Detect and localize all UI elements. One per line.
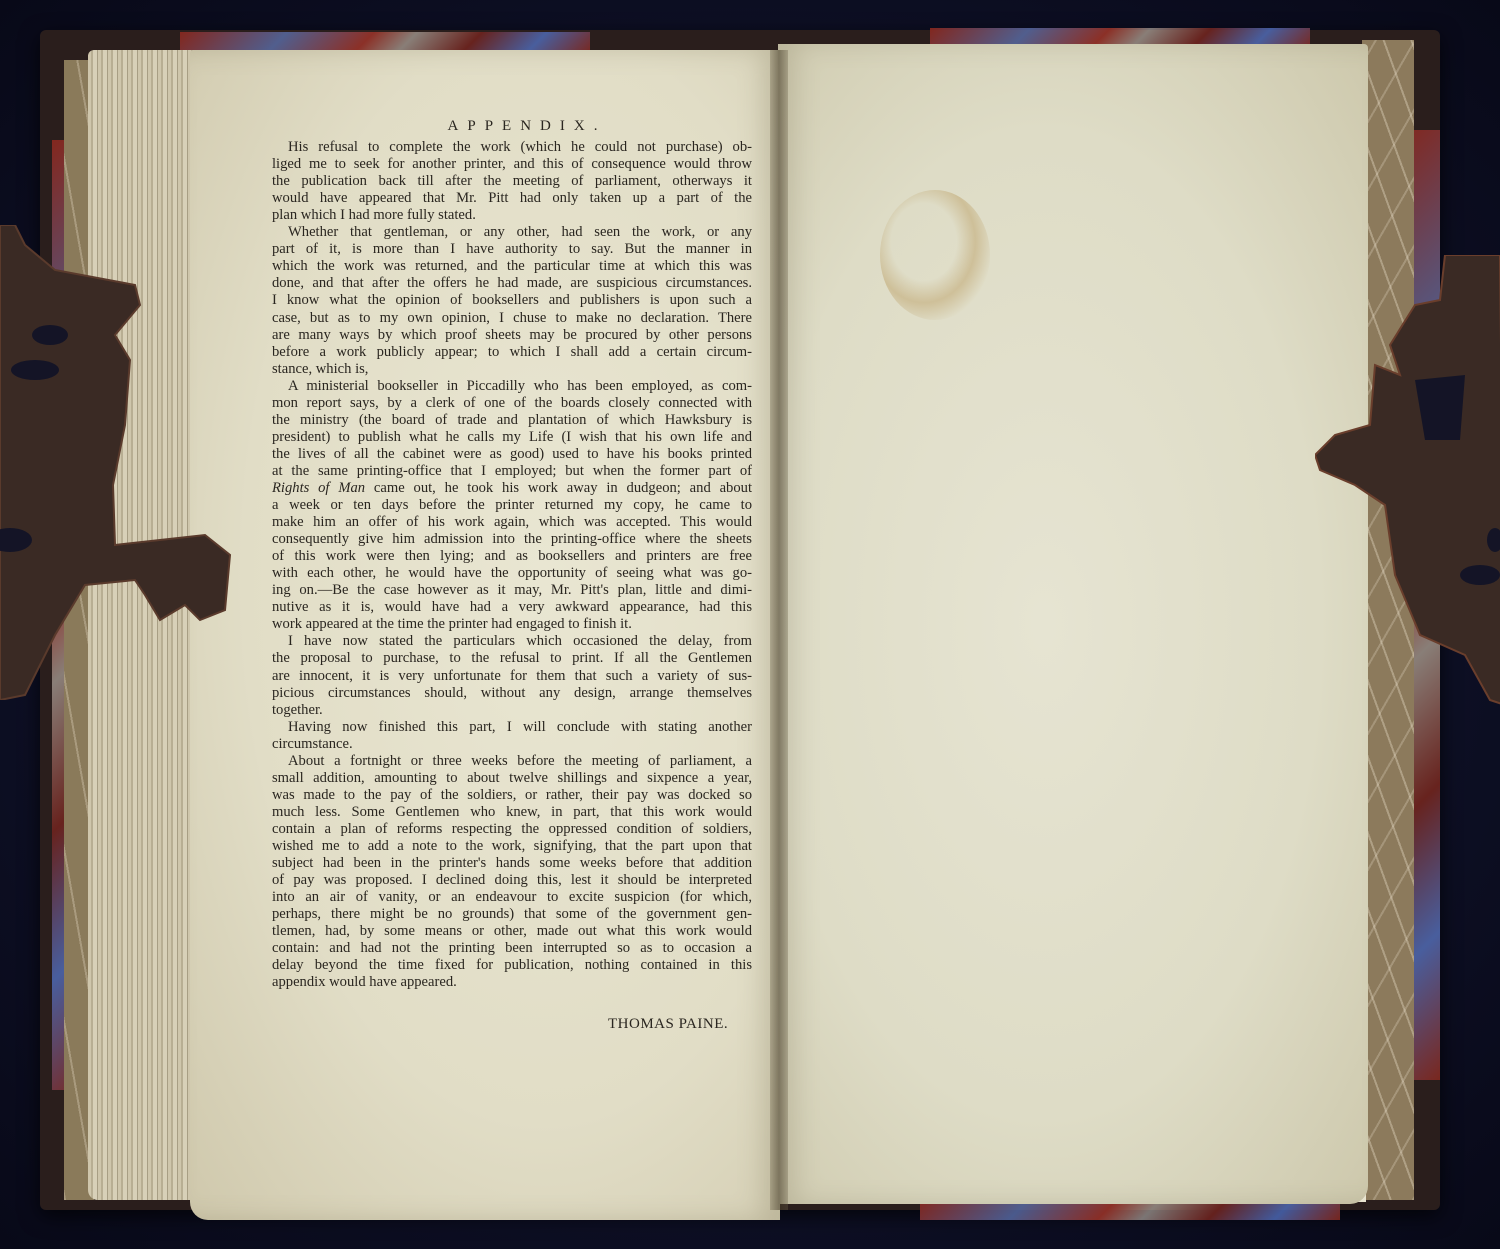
water-stain [880, 190, 990, 320]
text-line: Rights of Man came out, he took his work… [272, 480, 752, 497]
text-line: a week or ten days before the printer re… [272, 497, 752, 514]
text-line: plan which I had more fully stated. [272, 207, 752, 224]
text-line: circumstance. [272, 736, 752, 753]
metal-clip-left-icon [0, 225, 240, 700]
text-line: was made to the pay of the soldiers, or … [272, 787, 752, 804]
text-line: before a work publicly appear; to which … [272, 344, 752, 361]
text-line: wished me to add a note to the work, sig… [272, 838, 752, 855]
text-line: president) to publish what he calls my L… [272, 429, 752, 446]
text-line: which the work was returned, and the par… [272, 258, 752, 275]
right-page-blank [778, 44, 1368, 1204]
text-line: liged me to seek for another printer, an… [272, 156, 752, 173]
text-line: ing on.—Be the case however as it may, M… [272, 582, 752, 599]
text-lines: His refusal to complete the work (which … [272, 139, 752, 991]
text-line: together. [272, 702, 752, 719]
text-line: the proposal to purchase, to the refusal… [272, 650, 752, 667]
text-line: consequently give him admission into the… [272, 531, 752, 548]
text-line: contain: and had not the printing been i… [272, 940, 752, 957]
text-line: perhaps, there might be no grounds) that… [272, 906, 752, 923]
text-line: I know what the opinion of booksellers a… [272, 292, 752, 309]
text-line: His refusal to complete the work (which … [272, 139, 752, 156]
appendix-text: APPENDIX. His refusal to complete the wo… [272, 118, 752, 991]
italic-title: Rights of Man [272, 480, 365, 496]
text-line: the publication back till after the meet… [272, 173, 752, 190]
text-line: nutive as it is, would have had a very a… [272, 599, 752, 616]
text-line: delay beyond the time fixed for publicat… [272, 957, 752, 974]
page-heading: APPENDIX. [272, 118, 752, 135]
text-line: would have appeared that Mr. Pitt had on… [272, 190, 752, 207]
text-line: small addition, amounting to about twelv… [272, 770, 752, 787]
text-line: Whether that gentleman, or any other, ha… [272, 224, 752, 241]
text-line: into an air of vanity, or an endeavour t… [272, 889, 752, 906]
text-line: appendix would have appeared. [272, 974, 752, 991]
text-line: work appeared at the time the printer ha… [272, 616, 752, 633]
metal-clip-right-icon [1315, 255, 1500, 705]
text-line: are innocent, it is very unfortunate for… [272, 668, 752, 685]
text-line: part of it, is more than I have authorit… [272, 241, 752, 258]
text-line: I have now stated the particulars which … [272, 633, 752, 650]
book-gutter [770, 50, 788, 1210]
text-line: at the same printing-office that I emplo… [272, 463, 752, 480]
text-line: stance, which is, [272, 361, 752, 378]
text-line: A ministerial bookseller in Piccadilly w… [272, 378, 752, 395]
text-line: About a fortnight or three weeks before … [272, 753, 752, 770]
text-line: case, but as to my own opinion, I chuse … [272, 310, 752, 327]
text-line: much less. Some Gentlemen who knew, in p… [272, 804, 752, 821]
text-line: Having now finished this part, I will co… [272, 719, 752, 736]
text-line: the ministry (the board of trade and pla… [272, 412, 752, 429]
text-line: are many ways by which proof sheets may … [272, 327, 752, 344]
text-line: mon report says, by a clerk of one of th… [272, 395, 752, 412]
text-line: of this work were then lying; and as boo… [272, 548, 752, 565]
text-line: done, and that after the offers he had m… [272, 275, 752, 292]
text-line: of pay was proposed. I declined doing th… [272, 872, 752, 889]
text-line: the lives of all the cabinet were as goo… [272, 446, 752, 463]
text-line: make him an offer of his work again, whi… [272, 514, 752, 531]
text-line: picious circumstances should, without an… [272, 685, 752, 702]
text-line: tlemen, had, by some means or other, mad… [272, 923, 752, 940]
text-line: with each other, he would have the oppor… [272, 565, 752, 582]
author-signature: THOMAS PAINE. [608, 1016, 728, 1033]
text-line: contain a plan of reforms respecting the… [272, 821, 752, 838]
text-line: subject had been in the printer's hands … [272, 855, 752, 872]
